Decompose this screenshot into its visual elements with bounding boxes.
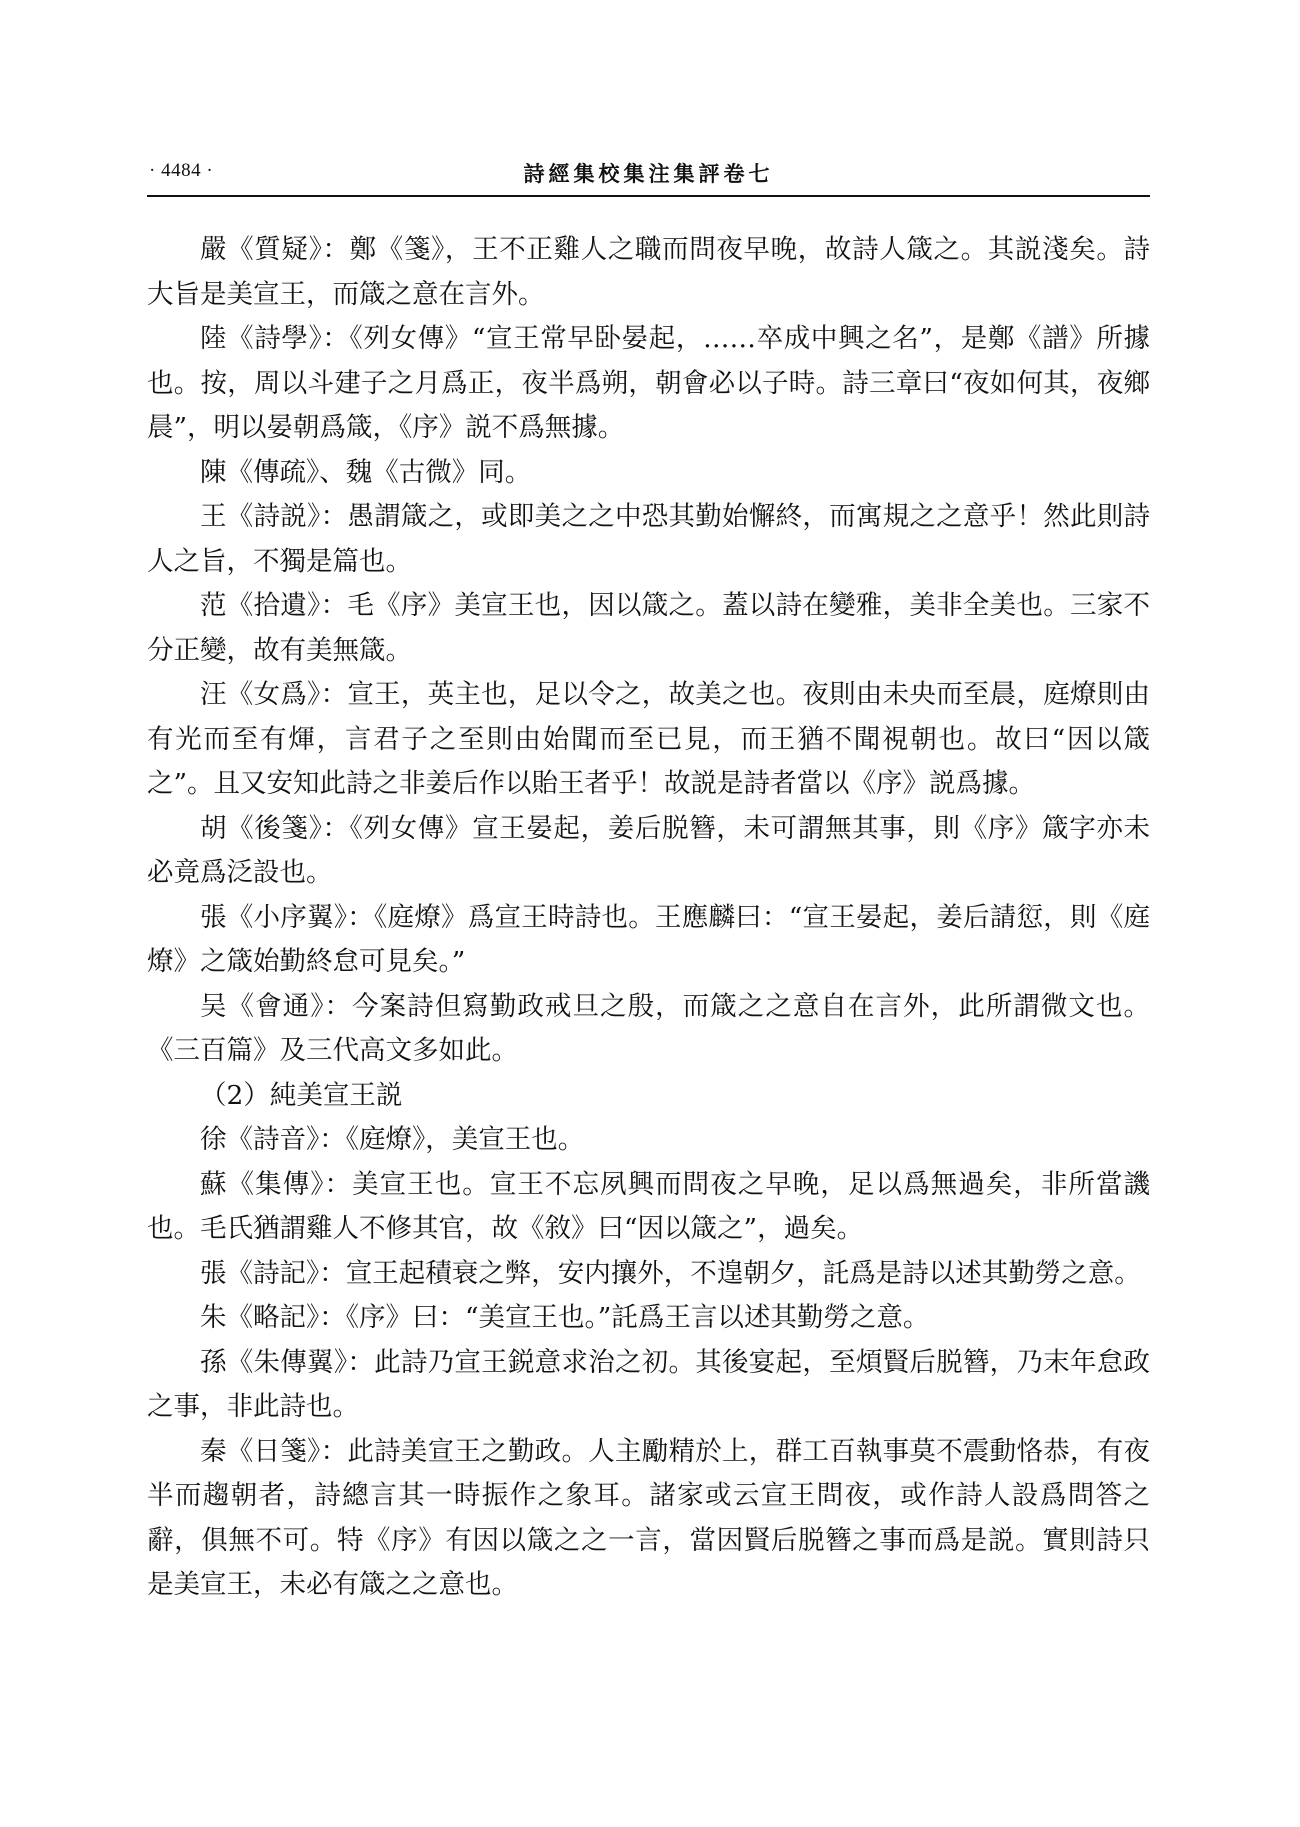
header-rule (147, 195, 1150, 197)
running-title: 詩經集校集注集評卷七 (147, 158, 1150, 188)
body-text: 嚴《質疑》：鄭《箋》，王不正雞人之職而問夜早晚，故詩人箴之。其説淺矣。詩大旨是美… (147, 228, 1150, 1608)
page-header: · 4484 · 詩經集校集注集評卷七 (147, 158, 1150, 188)
paragraph-xu-shiyin: 徐《詩音》：《庭燎》，美宣王也。 (147, 1118, 1150, 1163)
paragraph-zhang-xiaoxuyi: 張《小序翼》：《庭燎》爲宣王時詩也。王應麟曰：“宣王晏起，姜后請愆，則《庭燎》之… (147, 896, 1150, 985)
paragraph-su-jizhuan: 蘇《集傳》：美宣王也。宣王不忘夙興而問夜之早晚，足以爲無過矣，非所當譏也。毛氏猶… (147, 1163, 1150, 1252)
section-heading: （2）純美宣王説 (147, 1074, 1150, 1119)
paragraph-yan-zhiyi: 嚴《質疑》：鄭《箋》，王不正雞人之職而問夜早晚，故詩人箴之。其説淺矣。詩大旨是美… (147, 228, 1150, 317)
paragraph-wang-shishuo: 王《詩説》：愚謂箴之，或即美之之中恐其勤始懈終，而寓規之之意乎！然此則詩人之旨，… (147, 495, 1150, 584)
paragraph-zhang-shiji: 張《詩記》：宣王起積衰之弊，安内攘外，不遑朝夕，託爲是詩以述其勤勞之意。 (147, 1252, 1150, 1297)
paragraph-zhu-lueji: 朱《略記》：《序》曰：“美宣王也。”託爲王言以述其勤勞之意。 (147, 1296, 1150, 1341)
paragraph-wu-huitong: 吴《會通》：今案詩但寫勤政戒旦之殷，而箴之之意自在言外，此所謂微文也。《三百篇》… (147, 985, 1150, 1074)
paragraph-qin-rijian: 秦《日箋》：此詩美宣王之勤政。人主勵精於上，群工百執事莫不震動恪恭，有夜半而趨朝… (147, 1430, 1150, 1608)
paragraph-lu-shixue: 陸《詩學》：《列女傳》“宣王常早卧晏起，……卒成中興之名”，是鄭《譜》所據也。按… (147, 317, 1150, 451)
paragraph-fan-shiyi: 范《拾遺》：毛《序》美宣王也，因以箴之。蓋以詩在變雅，美非全美也。三家不分正變，… (147, 584, 1150, 673)
paragraph-sun-zhuchuanyi: 孫《朱傳翼》：此詩乃宣王鋭意求治之初。其後宴起，至煩賢后脱簪，乃末年怠政之事，非… (147, 1341, 1150, 1430)
paragraph-wang-nuwei: 汪《女爲》：宣王，英主也，足以令之，故美之也。夜則由未央而至晨，庭燎則由有光而至… (147, 673, 1150, 807)
paragraph-chen-wei: 陳《傳疏》、魏《古微》同。 (147, 451, 1150, 496)
paragraph-hu-houjian: 胡《後箋》：《列女傳》宣王晏起，姜后脱簪，未可謂無其事，則《序》箴字亦未必竟爲泛… (147, 807, 1150, 896)
